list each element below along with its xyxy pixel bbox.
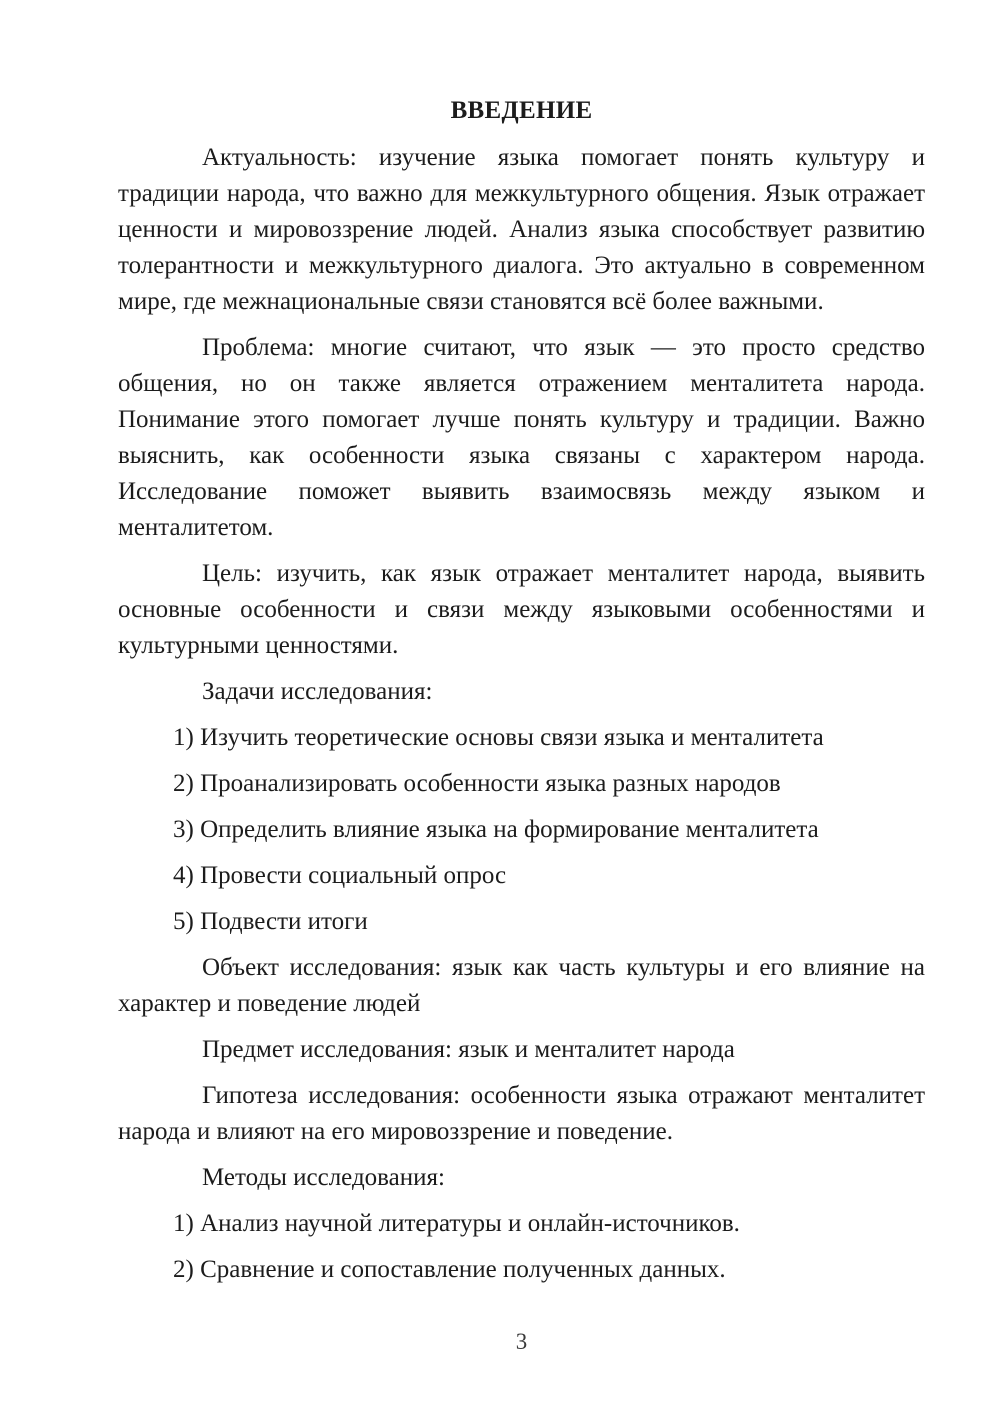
task-item-2: 2) Проанализировать особенности языка ра… [118, 766, 925, 802]
paragraph-object: Объект исследования: язык как часть куль… [118, 950, 925, 1022]
task-item-5: 5) Подвести итоги [118, 904, 925, 940]
method-item-2: 2) Сравнение и сопоставление полученных … [118, 1252, 925, 1288]
task-item-4: 4) Провести социальный опрос [118, 858, 925, 894]
page-number: 3 [118, 1328, 925, 1356]
paragraph-hypothesis: Гипотеза исследования: особенности языка… [118, 1078, 925, 1150]
methods-header: Методы исследования: [118, 1160, 925, 1196]
text-block: ВВЕДЕНИЕ Актуальность: изучение языка по… [118, 0, 925, 1298]
paragraph-subject: Предмет исследования: язык и менталитет … [118, 1032, 925, 1068]
paragraph-goal: Цель: изучить, как язык отражает ментали… [118, 556, 925, 664]
method-item-1: 1) Анализ научной литературы и онлайн-ис… [118, 1206, 925, 1242]
page-title: ВВЕДЕНИЕ [118, 95, 925, 126]
task-item-3: 3) Определить влияние языка на формирова… [118, 812, 925, 848]
tasks-header: Задачи исследования: [118, 674, 925, 710]
paragraph-problem: Проблема: многие считают, что язык — это… [118, 330, 925, 546]
paragraph-relevance: Актуальность: изучение языка помогает по… [118, 140, 925, 320]
task-item-1: 1) Изучить теоретические основы связи яз… [118, 720, 925, 756]
document-page: ВВЕДЕНИЕ Актуальность: изучение языка по… [0, 0, 1000, 1414]
